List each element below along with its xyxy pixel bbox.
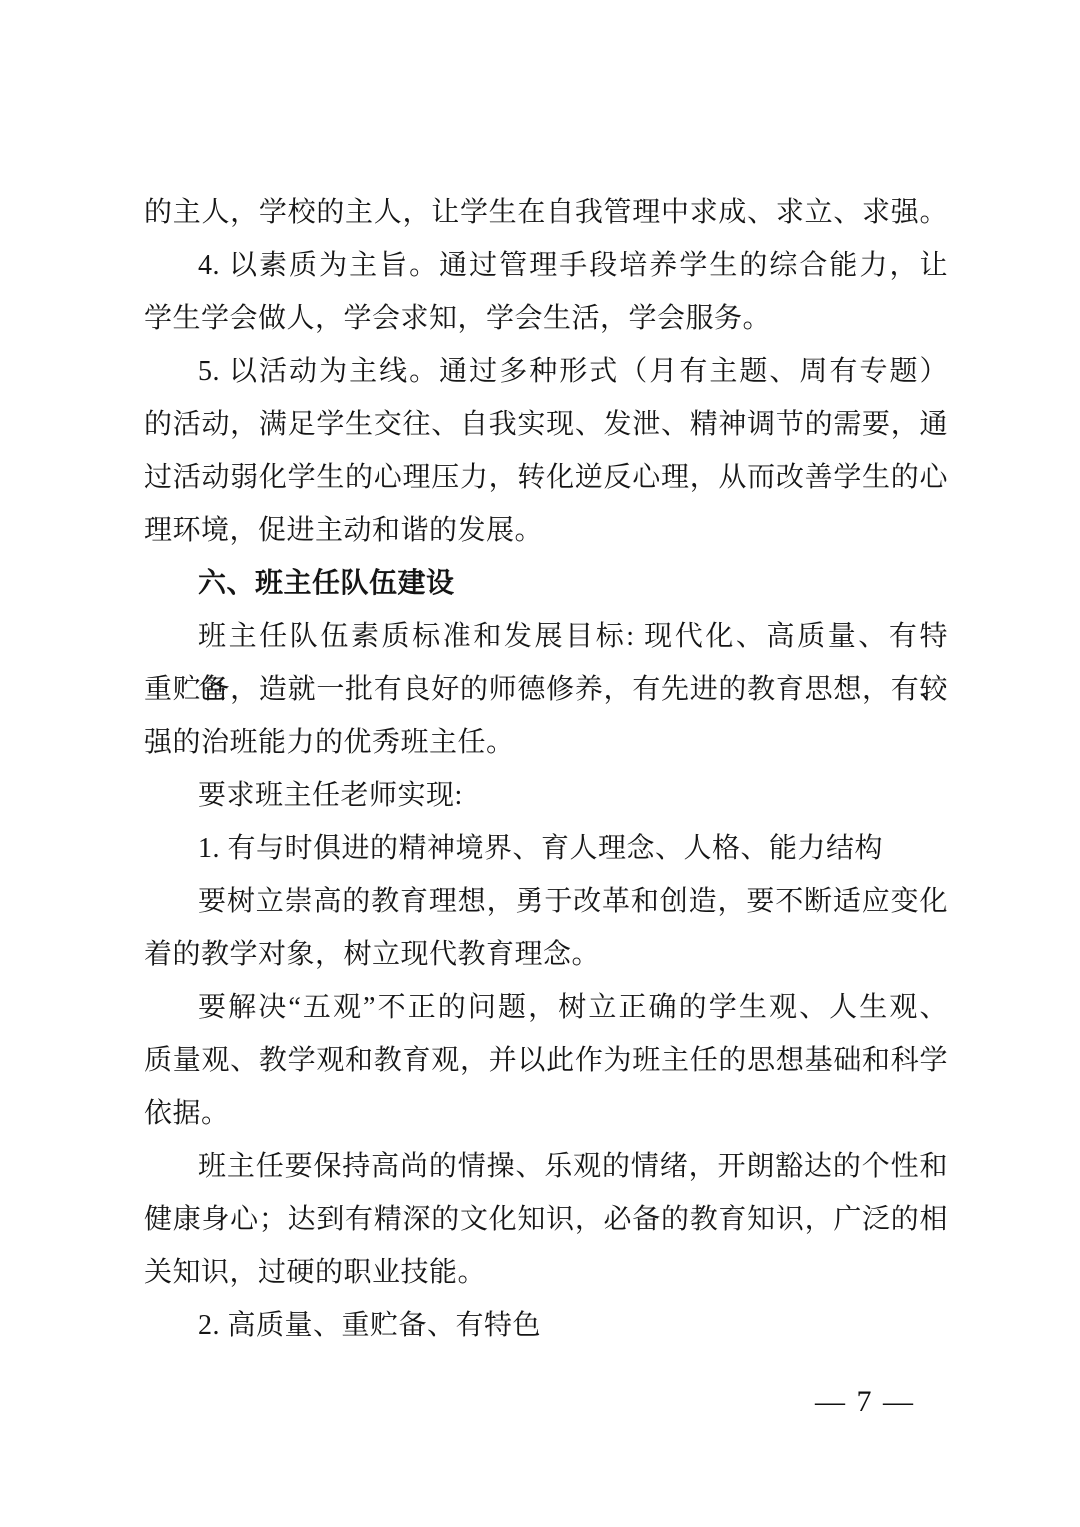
text-line: 关知识，过硬的职业技能。 bbox=[144, 1246, 948, 1299]
text-line: 班主任要保持高尚的情操、乐观的情绪，开朗豁达的个性和 bbox=[144, 1140, 948, 1193]
text-line: 重贮备，造就一批有良好的师德修养，有先进的教育思想，有较 bbox=[144, 663, 948, 716]
list-item-1: 1. 有与时俱进的精神境界、育人理念、人格、能力结构 bbox=[144, 822, 948, 875]
document-body: 的主人，学校的主人，让学生在自我管理中求成、求立、求强。 4. 以素质为主旨。通… bbox=[144, 186, 948, 1352]
text-line: 理环境，促进主动和谐的发展。 bbox=[144, 504, 948, 557]
text-line: 的活动，满足学生交往、自我实现、发泄、精神调节的需要，通 bbox=[144, 398, 948, 451]
text-line: 要求班主任老师实现: bbox=[144, 769, 948, 822]
list-item-4: 4. 以素质为主旨。通过管理手段培养学生的综合能力，让 bbox=[144, 239, 948, 292]
list-item-5: 5. 以活动为主线。通过多种形式（月有主题、周有专题） bbox=[144, 345, 948, 398]
text-line: 学生学会做人，学会求知，学会生活，学会服务。 bbox=[144, 292, 948, 345]
text-line: 要解决“五观”不正的问题，树立正确的学生观、人生观、 bbox=[144, 981, 948, 1034]
text-line: 着的教学对象，树立现代教育理念。 bbox=[144, 928, 948, 981]
text-line: 班主任队伍素质标准和发展目标: 现代化、高质量、有特色、 bbox=[144, 610, 948, 663]
text-line: 过活动弱化学生的心理压力，转化逆反心理，从而改善学生的心 bbox=[144, 451, 948, 504]
text-line: 质量观、教学观和教育观，并以此作为班主任的思想基础和科学 bbox=[144, 1034, 948, 1087]
text-line: 依据。 bbox=[144, 1087, 948, 1140]
page-number: — 7 — bbox=[815, 1382, 915, 1422]
list-item-2: 2. 高质量、重贮备、有特色 bbox=[144, 1299, 948, 1352]
text-line: 健康身心；达到有精深的文化知识，必备的教育知识，广泛的相 bbox=[144, 1193, 948, 1246]
document-page: 的主人，学校的主人，让学生在自我管理中求成、求立、求强。 4. 以素质为主旨。通… bbox=[0, 0, 1080, 1527]
text-line: 要树立崇高的教育理想，勇于改革和创造，要不断适应变化 bbox=[144, 875, 948, 928]
section-heading: 六、班主任队伍建设 bbox=[144, 557, 948, 610]
text-line: 强的治班能力的优秀班主任。 bbox=[144, 716, 948, 769]
text-line: 的主人，学校的主人，让学生在自我管理中求成、求立、求强。 bbox=[144, 186, 948, 239]
